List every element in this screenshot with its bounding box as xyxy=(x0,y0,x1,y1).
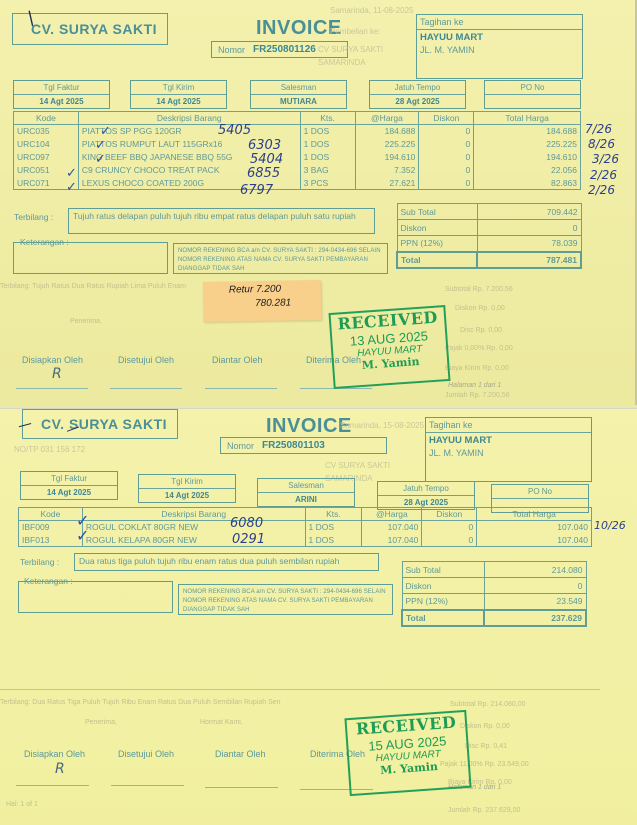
handwritten-code: 5405 xyxy=(218,123,251,138)
amount-in-words: Tujuh ratus delapan puluh tujuh ribu emp… xyxy=(73,211,356,221)
handwritten-code: 0291 xyxy=(232,532,265,547)
signature-line xyxy=(205,388,277,389)
keterangan-box xyxy=(18,581,173,613)
items-header: Kode Deskripsi Barang Kts. @Harga Diskon… xyxy=(14,112,581,125)
received-stamp: RECEIVED 15 AUG 2025 HAYUU MART M. Yamin xyxy=(344,710,471,796)
ghost-text: Samarinda, 11-08-2025 xyxy=(330,6,413,15)
invoice-number-label: Nomor xyxy=(218,45,245,55)
terbilang-label: Terbilang : xyxy=(20,557,59,567)
invoice-number: FR250801126 xyxy=(253,44,316,55)
check-mark-icon: ✓ xyxy=(66,180,77,195)
table-row: IBF013 ROGUL KELAPA 80GR NEW 1 DOS 107.0… xyxy=(19,534,592,547)
company-name: CV. SURYA SAKTI xyxy=(31,21,157,37)
signature-line xyxy=(111,785,184,786)
amount-in-words: Dua ratus tiga puluh tujuh ribu enam rat… xyxy=(79,556,339,566)
delivered-by-label: Diantar Oleh xyxy=(212,355,263,365)
bill-to-label: Tagihan ke xyxy=(426,418,591,433)
grand-total-row: Total237.629 xyxy=(402,610,586,626)
ghost-text: SAMARINDA xyxy=(318,58,366,67)
handwritten-date: 3/26 xyxy=(592,152,619,166)
invoice-title: INVOICE xyxy=(256,17,342,40)
field-due-date: Jatuh Tempo 28 Agt 2025 xyxy=(377,481,475,510)
signature-line xyxy=(16,785,89,786)
tax-row: PPN (12%)23.549 xyxy=(402,594,586,610)
check-mark-icon: ✓ xyxy=(66,166,77,181)
keterangan-box xyxy=(13,242,168,274)
invoice-sheet-1: CV. SURYA SAKTI / INVOICE Nomor FR250801… xyxy=(0,0,637,405)
items-table: Kode Deskripsi Barang Kts. @Harga Diskon… xyxy=(18,507,592,547)
totals-table: Sub Total709.442 Diskon0 PPN (12%)78.039… xyxy=(396,203,582,269)
grand-total-row: Total787.481 xyxy=(397,252,581,268)
delivered-by-label: Diantar Oleh xyxy=(215,749,266,759)
field-po-number: PO No xyxy=(484,80,581,109)
table-row: URC071 LEXUS CHOCO COATED 200G 3 PCS 27.… xyxy=(14,177,581,190)
handwritten-code: 6303 xyxy=(248,138,281,153)
check-mark-icon: ✓ xyxy=(95,138,106,153)
handwritten-code: 6855 xyxy=(247,166,280,181)
invoice-title: INVOICE xyxy=(266,415,352,438)
field-salesman: Salesman MUTIARA xyxy=(250,80,347,109)
divider xyxy=(0,689,600,690)
company-name-box: CV. SURYA SAKTI xyxy=(12,13,168,45)
bill-to-box: Tagihan ke HAYUU MART JL. M. YAMIN xyxy=(425,417,592,482)
prepared-by-label: Disiapkan Oleh xyxy=(24,749,85,759)
handwritten-date: 10/26 xyxy=(594,519,626,532)
field-due-date: Jatuh Tempo 28 Agt 2025 xyxy=(369,80,466,109)
handwritten-date: 7/26 xyxy=(585,122,612,136)
tax-row: PPN (12%)78.039 xyxy=(397,236,581,252)
handwritten-date: 8/26 xyxy=(588,137,615,151)
approved-by-label: Disetujui Oleh xyxy=(118,355,174,365)
field-invoice-date: Tgl Faktur 14 Agt 2025 xyxy=(13,80,110,109)
ghost-text: CV SURYA SAKTI xyxy=(325,461,390,470)
signature-line xyxy=(16,388,88,389)
table-row: IBF009 ROGUL COKLAT 80GR NEW 1 DOS 107.0… xyxy=(19,521,592,534)
bank-note-box: NOMOR REKENING BCA a/n CV. SURYA SAKTI :… xyxy=(173,243,388,274)
table-row: URC035 PIATTOS SP PGG 120GR 1 DOS 184.68… xyxy=(14,125,581,138)
handwritten-date: 2/26 xyxy=(588,183,615,197)
ghost-text: Pembelian ke: xyxy=(330,27,381,36)
bill-to-box: Tagihan ke HAYUU MART JL. M. YAMIN xyxy=(416,14,583,79)
prepared-by-label: Disiapkan Oleh xyxy=(22,355,83,365)
invoice-sheet-2: CV. SURYA SAKTI — — NO/TP 031 156 172 IN… xyxy=(0,408,637,825)
page-indicator: Halaman 1 dari 1 xyxy=(448,382,501,389)
field-ship-date: Tgl Kirim 14 Agt 2025 xyxy=(130,80,227,109)
handwritten-code: 5404 xyxy=(250,152,283,167)
field-invoice-date: Tgl Faktur 14 Agt 2025 xyxy=(20,471,118,500)
invoice-number: FR250801103 xyxy=(262,440,325,451)
company-name: CV. SURYA SAKTI xyxy=(41,416,167,432)
subtotal-row: Sub Total214.080 xyxy=(402,562,586,578)
subtotal-row: Sub Total709.442 xyxy=(397,204,581,220)
field-salesman: Salesman ARINI xyxy=(257,478,355,507)
terbilang-label: Terbilang : xyxy=(14,212,53,222)
handwritten-code: 6080 xyxy=(230,516,263,531)
sticky-note: Retur 7.200 780.281 xyxy=(203,280,322,322)
bill-to-name: HAYUU MART xyxy=(417,30,582,45)
invoice-number-box: Nomor FR250801103 xyxy=(220,437,387,454)
sticky-note-line: 780.281 xyxy=(255,297,291,309)
terbilang-box: Tujuh ratus delapan puluh tujuh ribu emp… xyxy=(68,208,375,234)
bill-to-address: JL. M. YAMIN xyxy=(417,45,582,55)
invoice-number-label: Nomor xyxy=(227,441,254,451)
signature-mark: R xyxy=(55,761,65,777)
ghost-text: Samarinda, 15-08-2025 xyxy=(340,421,424,430)
ghost-text: CV SURYA SAKTI xyxy=(318,45,383,54)
bank-note-box: NOMOR REKENING BCA a/n CV. SURYA SAKTI :… xyxy=(178,584,393,615)
signature-line xyxy=(110,388,182,389)
bank-note: NOMOR REKENING BCA a/n CV. SURYA SAKTI :… xyxy=(183,589,386,613)
discount-row: Diskon0 xyxy=(397,220,581,236)
sticky-note-line: Retur 7.200 xyxy=(229,284,281,296)
bank-note: NOMOR REKENING BCA a/n CV. SURYA SAKTI :… xyxy=(178,248,381,272)
check-mark-icon: ✓ xyxy=(76,526,89,545)
check-mark-icon: ✓ xyxy=(95,152,106,167)
handwritten-code: 6797 xyxy=(240,183,273,198)
bill-to-name: HAYUU MART xyxy=(426,433,591,448)
company-name-box: CV. SURYA SAKTI xyxy=(22,409,178,439)
received-stamp: RECEIVED 13 AUG 2025 HAYUU MART M. Yamin xyxy=(328,305,450,389)
bill-to-address: JL. M. YAMIN xyxy=(426,448,591,458)
approved-by-label: Disetujui Oleh xyxy=(118,749,174,759)
terbilang-box: Dua ratus tiga puluh tujuh ribu enam rat… xyxy=(74,553,379,571)
items-header: Kode Deskripsi Barang Kts. @Harga Diskon… xyxy=(19,508,592,521)
signature-line xyxy=(205,787,278,788)
signature-mark: R xyxy=(52,366,62,382)
check-mark-icon: ✓ xyxy=(100,124,111,139)
ghost-text: NO/TP 031 156 172 xyxy=(14,445,85,454)
handwritten-date: 2/26 xyxy=(590,168,617,182)
bill-to-label: Tagihan ke xyxy=(417,15,582,30)
field-ship-date: Tgl Kirim 14 Agt 2025 xyxy=(138,474,236,503)
totals-table: Sub Total214.080 Diskon0 PPN (12%)23.549… xyxy=(401,561,587,627)
discount-row: Diskon0 xyxy=(402,578,586,594)
